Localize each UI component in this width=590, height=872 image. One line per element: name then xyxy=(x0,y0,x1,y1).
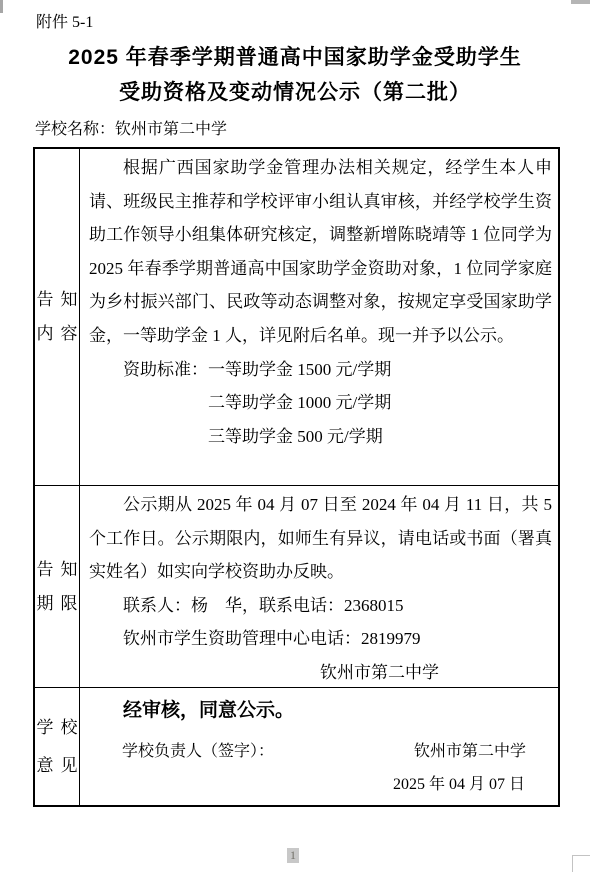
notice-table: 告知 内容 根据广西国家助学金管理办法相关规定，经学生本人申请、班级民主推荐和学… xyxy=(33,147,560,807)
row-label-text: 告知 xyxy=(37,283,85,317)
opinion-date: 2025 年 04 月 07 日 xyxy=(89,775,552,795)
margin-crop-mark-horizontal xyxy=(572,855,590,856)
attachment-label: 附件 5-1 xyxy=(36,9,93,32)
row-label-text: 告知 xyxy=(37,553,85,587)
notice-period-signature: 钦州市第二中学 xyxy=(89,656,552,690)
aid-standard-line3: 三等助学金 500 元/学期 xyxy=(89,420,552,454)
row-label-text: 内容 xyxy=(37,317,85,351)
school-signature: 钦州市第二中学 xyxy=(414,740,552,764)
page-number-field: 1 xyxy=(287,848,299,863)
scrollbar-fragment-top-right xyxy=(571,0,590,4)
row-label-text: 期限 xyxy=(37,587,85,621)
document-title-line2: 受助资格及变动情况公示（第二批） xyxy=(0,76,590,106)
aid-standard-line1: 资助标准：一等助学金 1500 元/学期 xyxy=(89,353,552,387)
notice-period-cell: 公示期从 2025 年 04 月 07 日至 2024 年 04 月 11 日，… xyxy=(80,486,558,687)
aid-standard-prefix: 资助标准： xyxy=(123,360,208,379)
aid-standard-line2: 二等助学金 1000 元/学期 xyxy=(89,386,552,420)
notice-content-paragraph: 根据广西国家助学金管理办法相关规定，经学生本人申请、班级民主推荐和学校评审小组认… xyxy=(89,151,552,353)
signer-row: 学校负责人（签字）： 钦州市第二中学 xyxy=(89,740,552,764)
row-label-school-opinion: 学校 意见 xyxy=(35,688,80,805)
contact-line: 联系人：杨 华，联系电话：2368015 xyxy=(89,589,552,623)
approval-statement: 经审核，同意公示。 xyxy=(89,690,552,724)
document-title-line1: 2025 年春季学期普通高中国家助学金受助学生 xyxy=(0,41,590,71)
margin-crop-mark-vertical xyxy=(572,855,573,872)
aid-standard-tier1: 一等助学金 1500 元/学期 xyxy=(208,360,391,379)
school-name-value: 钦州市第二中学 xyxy=(115,121,227,138)
notice-period-paragraph: 公示期从 2025 年 04 月 07 日至 2024 年 04 月 11 日，… xyxy=(89,488,552,589)
table-row-notice-period: 告知 期限 公示期从 2025 年 04 月 07 日至 2024 年 04 月… xyxy=(35,486,558,688)
window-edge-fragment-top-left xyxy=(0,0,3,13)
aid-center-phone-line: 钦州市学生资助管理中心电话：2819979 xyxy=(89,622,552,656)
row-label-text: 意见 xyxy=(37,747,85,785)
signer-label: 学校负责人（签字）： xyxy=(122,740,274,764)
row-label-notice-content: 告知 内容 xyxy=(35,149,80,485)
table-row-notice-content: 告知 内容 根据广西国家助学金管理办法相关规定，经学生本人申请、班级民主推荐和学… xyxy=(35,149,558,486)
document-page: 附件 5-1 2025 年春季学期普通高中国家助学金受助学生 受助资格及变动情况… xyxy=(0,0,590,872)
notice-content-cell: 根据广西国家助学金管理办法相关规定，经学生本人申请、班级民主推荐和学校评审小组认… xyxy=(80,149,558,485)
school-opinion-cell: 经审核，同意公示。 学校负责人（签字）： 钦州市第二中学 2025 年 04 月… xyxy=(80,688,558,805)
row-label-notice-period: 告知 期限 xyxy=(35,486,80,687)
table-row-school-opinion: 学校 意见 经审核，同意公示。 学校负责人（签字）： 钦州市第二中学 2025 … xyxy=(35,688,558,805)
school-name-label: 学校名称： xyxy=(35,121,115,138)
school-name-line: 学校名称：钦州市第二中学 xyxy=(35,116,227,139)
row-label-text: 学校 xyxy=(37,709,85,747)
